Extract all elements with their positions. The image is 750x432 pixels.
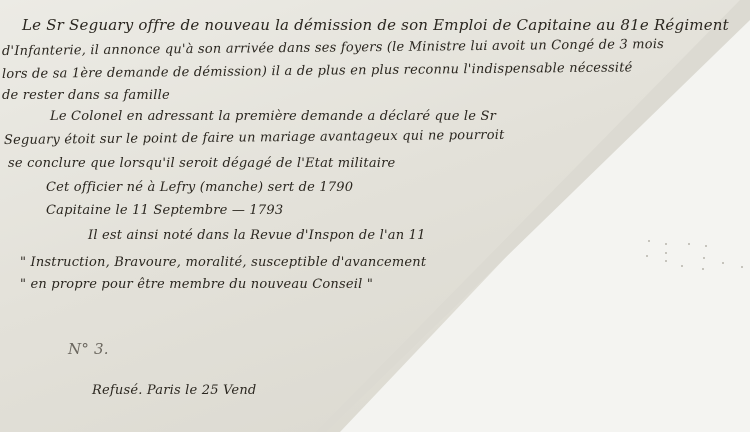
document-number: N° 3. [68,340,109,358]
text-line: " Instruction, Bravoure, moralité, susce… [20,255,426,270]
text-line: de rester dans sa famille [2,88,170,103]
text-line: Il est ainsi noté dans la Revue d'Inspon… [88,228,426,243]
text-line: " en propre pour être membre du nouveau … [20,277,373,292]
decision-annotation: Refusé. Paris le 25 Vend [92,383,256,398]
text-line: Le Sr Seguary offre de nouveau la démiss… [22,16,729,34]
text-line: Capitaine le 11 Septembre — 1793 [46,203,283,218]
text-line: se conclure que lorsqu'il seroit dégagé … [8,156,395,171]
text-line: Le Colonel en adressant la première dema… [50,109,496,124]
text-line: Cet officier né à Lefry (manche) sert de… [46,180,353,195]
